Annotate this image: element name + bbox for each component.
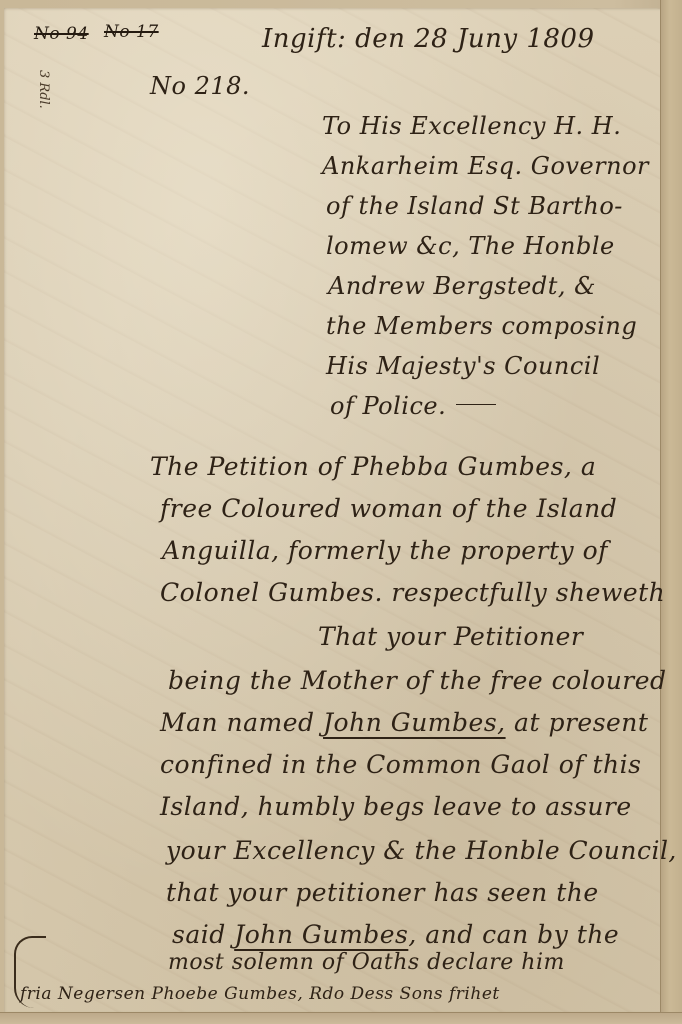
address-line: lomew &c, The Honble (326, 232, 615, 260)
old-number-2: No 17 (104, 22, 159, 42)
body-line: said John Gumbes, and can by the (172, 920, 619, 949)
body-line: Colonel Gumbes. respectfully sheweth (160, 578, 665, 607)
document-number: No 218. (150, 72, 250, 100)
body-line: Man named John Gumbes, at present (160, 708, 648, 737)
body-line: Anguilla, formerly the property of (162, 536, 608, 565)
address-line: His Majesty's Council (326, 352, 600, 380)
body-line: that your petitioner has seen the (166, 878, 599, 907)
body-line: Island, humbly begs leave to assure (160, 792, 632, 821)
margin-note: 3 Rdl. (36, 70, 51, 109)
adjacent-page-edge (660, 0, 682, 1024)
underlined-name: John Gumbes (234, 920, 408, 949)
body-line: being the Mother of the free coloured (168, 666, 667, 695)
body-line: That your Petitioner (318, 622, 583, 651)
body-line: most solemn of Oaths declare him (168, 950, 565, 975)
body-text-segment: , and can by the (408, 920, 619, 949)
address-line: To His Excellency H. H. (322, 112, 621, 140)
underlined-name: John Gumbes, (323, 708, 506, 737)
registration-date: Ingift: den 28 Juny 1809 (262, 24, 595, 54)
body-line: your Excellency & the Honble Council, (166, 836, 677, 865)
address-line: of the Island St Bartho- (326, 192, 623, 220)
footer-annotation: fria Negersen Phoebe Gumbes, Rdo Dess So… (20, 984, 500, 1004)
body-line: free Coloured woman of the Island (160, 494, 617, 523)
body-text-segment: Man named (160, 708, 323, 737)
body-line: confined in the Common Gaol of this (160, 750, 641, 779)
old-number-1: No 94 (34, 24, 89, 44)
page-bottom-edge (0, 1012, 682, 1024)
address-line: the Members composing (326, 312, 637, 340)
address-dash (456, 404, 496, 405)
body-text-segment: at present (506, 708, 649, 737)
body-line: The Petition of Phebba Gumbes, a (150, 452, 596, 481)
address-line: Ankarheim Esq. Governor (322, 152, 649, 180)
address-line: of Police. (330, 392, 446, 420)
body-text-segment: said (172, 920, 234, 949)
address-line: Andrew Bergstedt, & (328, 272, 596, 300)
